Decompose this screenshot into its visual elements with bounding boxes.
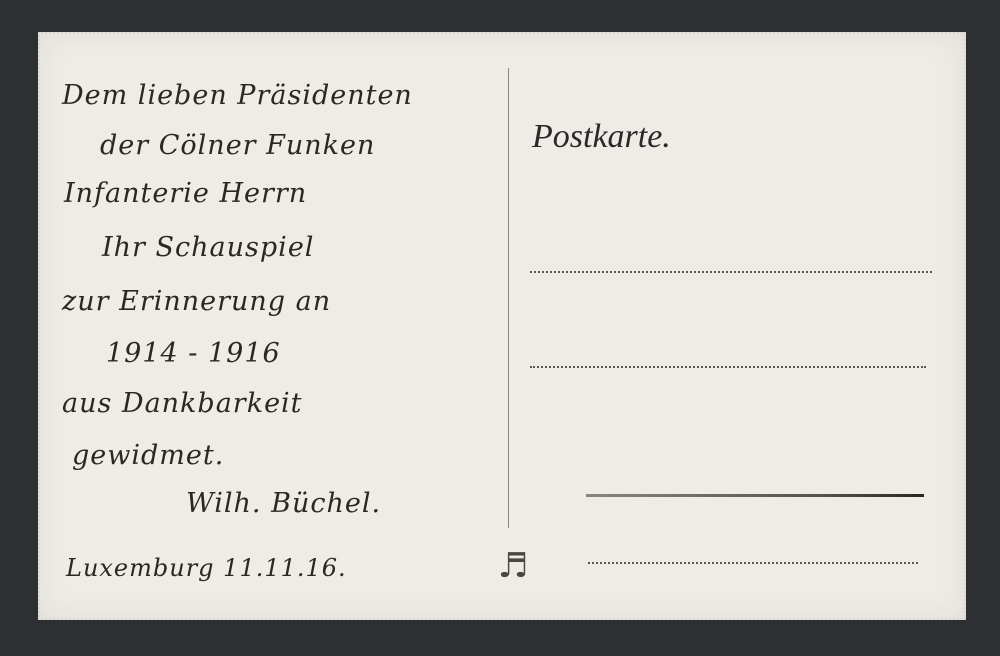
message-line-4: Ihr Schauspiel — [102, 232, 314, 263]
address-line-2 — [530, 366, 926, 368]
signature: Wilh. Büchel. — [186, 488, 381, 519]
message-line-5: zur Erinnerung an — [62, 286, 331, 317]
message-line-3: Infanterie Herrn — [64, 178, 307, 209]
postcard-back: Dem lieben Präsidenten der Cölner Funken… — [38, 32, 966, 620]
address-line-4 — [588, 562, 918, 564]
message-line-1: Dem lieben Präsidenten — [62, 80, 413, 111]
center-divider-line — [508, 68, 509, 528]
rooster-logo-icon: ♬ — [490, 537, 536, 595]
message-line-6: 1914 - 1916 — [106, 338, 281, 369]
address-line-3 — [586, 494, 924, 497]
postkarte-title: Postkarte. — [532, 118, 671, 156]
place-date: Luxemburg 11.11.16. — [66, 554, 347, 582]
message-line-7: aus Dankbarkeit — [62, 388, 303, 419]
address-line-1 — [530, 271, 932, 273]
message-line-2: der Cölner Funken — [100, 130, 375, 161]
message-line-8: gewidmet. — [72, 440, 224, 471]
